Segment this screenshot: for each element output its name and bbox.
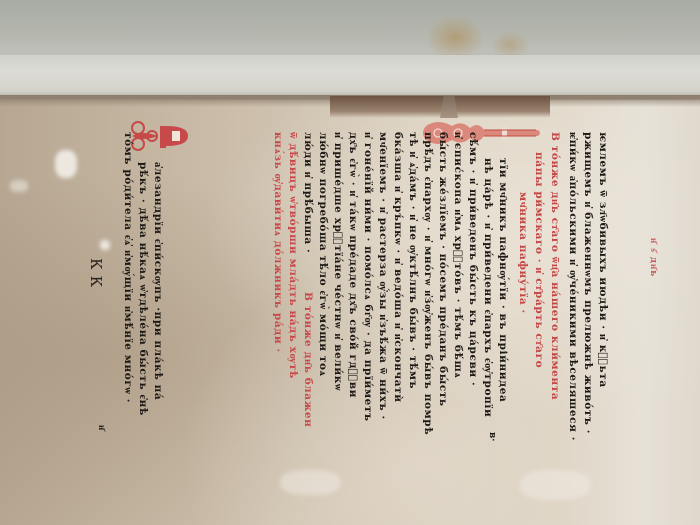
text-line: тїи мч҃никъ пафнѹ́тїи · въ пріи́нидеа bbox=[496, 158, 510, 402]
paper-wear-spot bbox=[10, 180, 28, 192]
text-line: лю́бнѡ погребо́ша тѣ́ло є҆гѡ̀ мо́щи тоѧ bbox=[316, 132, 330, 376]
text-line: ѥ҆пи́кѡ а҆по́льскими и҆ ѹ҆че́никими вѣсе… bbox=[566, 132, 580, 441]
heading-line: В то́нже дн҃ь блажен bbox=[301, 292, 315, 427]
binding-gap bbox=[330, 96, 550, 118]
folio-number: н҃ bbox=[96, 425, 106, 430]
text-line: ѥмлемъ ѿ зл҃ѡбивыхъ июдѣи · и҆ кⷭ҇ьта bbox=[596, 132, 610, 388]
text-line: сѣ́мъ · и҆ при́веденъ бы́сть къ ца́рєви … bbox=[466, 132, 480, 386]
text-line: нѣ ца́рѣ · и҆ при́ведени є҆пархъ є҆ѹ҆тро… bbox=[481, 158, 495, 417]
text-line: рѣ́къ · дѣ́ва нѣ́каѧ ѡ҆тдѣле́на бы́сть є… bbox=[136, 162, 150, 416]
heading-line: мч҃ника пафну́тїа · bbox=[516, 192, 530, 314]
text-line: тѣ и҆ ѧ҆да́мъ · и҆ не ѹ҆ктѣ́лнъ бы́въ · … bbox=[406, 132, 420, 389]
running-head: н҃ ѕ҃ дн҃ь bbox=[648, 238, 658, 277]
text-line: и҆ прише́дше хрⷭ҇тїа́не че́стнѡ и҆ вели́… bbox=[331, 132, 345, 391]
text-line: и҆ єпис́копа и҆мѧ хрⷭ҇то́въ · тѣ́мъ бѣ́ш… bbox=[451, 132, 465, 378]
text-line: ржищемъ и҆ блаженнѡмъ прелюжнѣ живо́тъ · bbox=[581, 132, 595, 434]
heading-line: ѿ дѣ́вицъ ѡ҆тво́рши мла́дть на́дъ хѹтѣ bbox=[286, 132, 300, 379]
text-line: а҆лезандрїи є҆пи́скѹпъ ·при пла́кѣ па́ bbox=[151, 162, 165, 400]
text-line: бка́зша и҆ кръ́пкѡ · и҆ ведо́ша и҆ и҆ско… bbox=[391, 132, 405, 403]
text-line: и҆ гоне́нїй ни́ми · помо́лсѧ бг҃ѹ · да п… bbox=[361, 132, 375, 422]
text-line: прѣ́дъ є҆пархѹ · и҆ мно́гѡ и҆з́ѹ҆женъ бы… bbox=[421, 132, 435, 435]
text-line: мч҃енїемъ · и҆ растерза ѹ҆́зы и҆зъѣ́жа ѿ… bbox=[376, 132, 390, 420]
book-cover-board bbox=[0, 0, 700, 60]
folded-paper-strip bbox=[0, 55, 700, 97]
heading-line: па́пы ри́мскаго · и҆ ст҃ра́рть ст҃аго bbox=[532, 152, 546, 368]
text-line: бы́сть же́злїемъ · по́семъ пре́данъ бы́с… bbox=[436, 132, 450, 407]
text-block: ѥмлемъ ѿ зл҃ѡбивыхъ июдѣи · и҆ кⷭ҇ьта рж… bbox=[118, 132, 633, 437]
signature-mark: КК bbox=[87, 258, 105, 293]
cover-stain bbox=[425, 15, 485, 60]
paper-wear-spot bbox=[100, 240, 110, 250]
catchword-mark: в· bbox=[487, 432, 497, 441]
text-line: то́мъ ро́ди́тела є҆ѧ҆ и҆мѹ́щїи и҆мѣ́нїе … bbox=[121, 132, 135, 403]
text-line: дх҃ъ є҆гѡ̀ · и҆ та́кѡ пре́даде дх҃ъ сво́… bbox=[346, 132, 360, 398]
heading-line: В то́нже дн҃ь ст҃аго ѿц҃а на́шего кли́ме… bbox=[548, 132, 562, 400]
paper-wear-spot bbox=[520, 470, 590, 500]
paper-wear-spot bbox=[55, 150, 77, 178]
text-line: лю́ди и҆ прѣ́быша · bbox=[301, 132, 315, 253]
paper-wear-spot bbox=[280, 470, 340, 495]
heading-line: кнѧ́зь ѹ҆дави́тиѧ до́лжникъ ра́ди · bbox=[271, 132, 285, 353]
